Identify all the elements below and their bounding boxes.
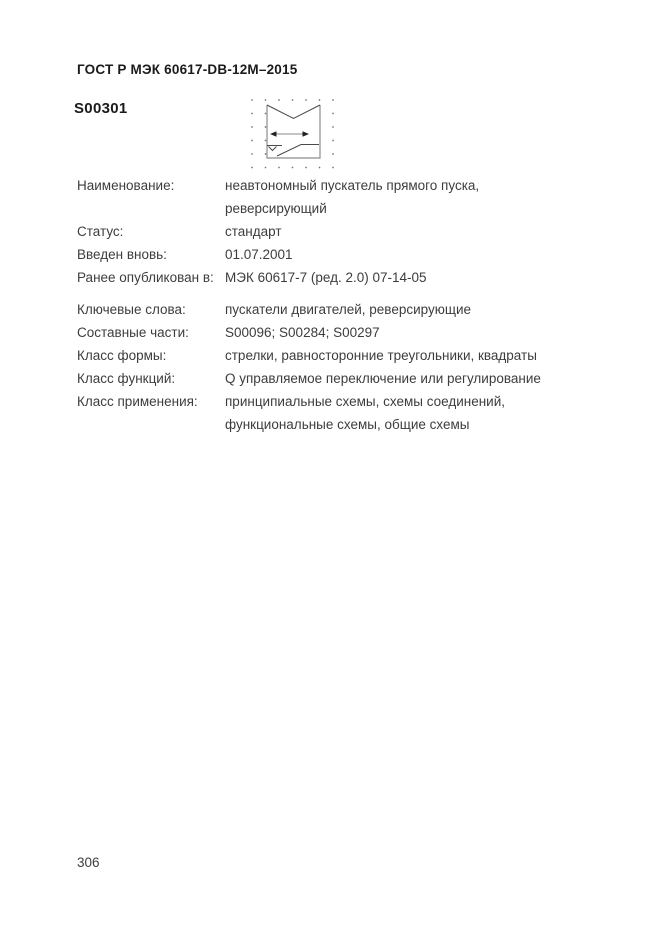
attribute-table: Наименование: неавтономный пускатель пря… (77, 174, 587, 436)
document-page: ГОСТ Р МЭК 60617-DB-12M–2015 S00301 (0, 0, 661, 936)
field-row-shape-class: Класс формы: стрелки, равносторонние тре… (77, 344, 587, 367)
field-value: 01.07.2001 (225, 243, 565, 266)
field-row-introduced: Введен вновь: 01.07.2001 (77, 243, 587, 266)
field-label: Наименование: (77, 174, 225, 197)
field-group-classification: Ключевые слова: пускатели двигателей, ре… (77, 298, 587, 436)
field-row-status: Статус: стандарт (77, 220, 587, 243)
field-label: Статус: (77, 220, 225, 243)
field-group-main: Наименование: неавтономный пускатель пря… (77, 174, 587, 289)
symbol-id-heading: S00301 (74, 100, 128, 118)
field-row-application-class: Класс применения: принципиальные схемы, … (77, 390, 587, 436)
field-value: неавтономный пускатель прямого пуска, ре… (225, 174, 565, 220)
field-value: стандарт (225, 220, 565, 243)
field-value: принципиальные схемы, схемы соединений, … (225, 390, 565, 436)
standard-designation-header: ГОСТ Р МЭК 60617-DB-12M–2015 (77, 62, 297, 78)
field-row-name: Наименование: неавтономный пускатель пря… (77, 174, 587, 220)
field-row-function-class: Класс функций: Q управляемое переключени… (77, 367, 587, 390)
field-label: Введен вновь: (77, 243, 225, 266)
symbol-figure (245, 95, 337, 173)
reversing-direct-on-line-starter-icon (245, 95, 337, 173)
field-label: Составные части: (77, 321, 225, 344)
field-label: Класс применения: (77, 390, 225, 413)
field-label: Класс функций: (77, 367, 225, 390)
field-label: Ключевые слова: (77, 298, 225, 321)
field-value: S00096; S00284; S00297 (225, 321, 565, 344)
field-value: стрелки, равносторонние треугольники, кв… (225, 344, 565, 367)
field-label: Ранее опубликован в: (77, 266, 225, 289)
field-label: Класс формы: (77, 344, 225, 367)
field-row-keywords: Ключевые слова: пускатели двигателей, ре… (77, 298, 587, 321)
field-row-component-parts: Составные части: S00096; S00284; S00297 (77, 321, 587, 344)
field-value: Q управляемое переключение или регулиров… (225, 367, 565, 390)
field-value: пускатели двигателей, реверсирующие (225, 298, 565, 321)
page-number: 306 (77, 855, 100, 871)
field-row-previously-published: Ранее опубликован в: МЭК 60617-7 (ред. 2… (77, 266, 587, 289)
field-value: МЭК 60617-7 (ред. 2.0) 07-14-05 (225, 266, 565, 289)
